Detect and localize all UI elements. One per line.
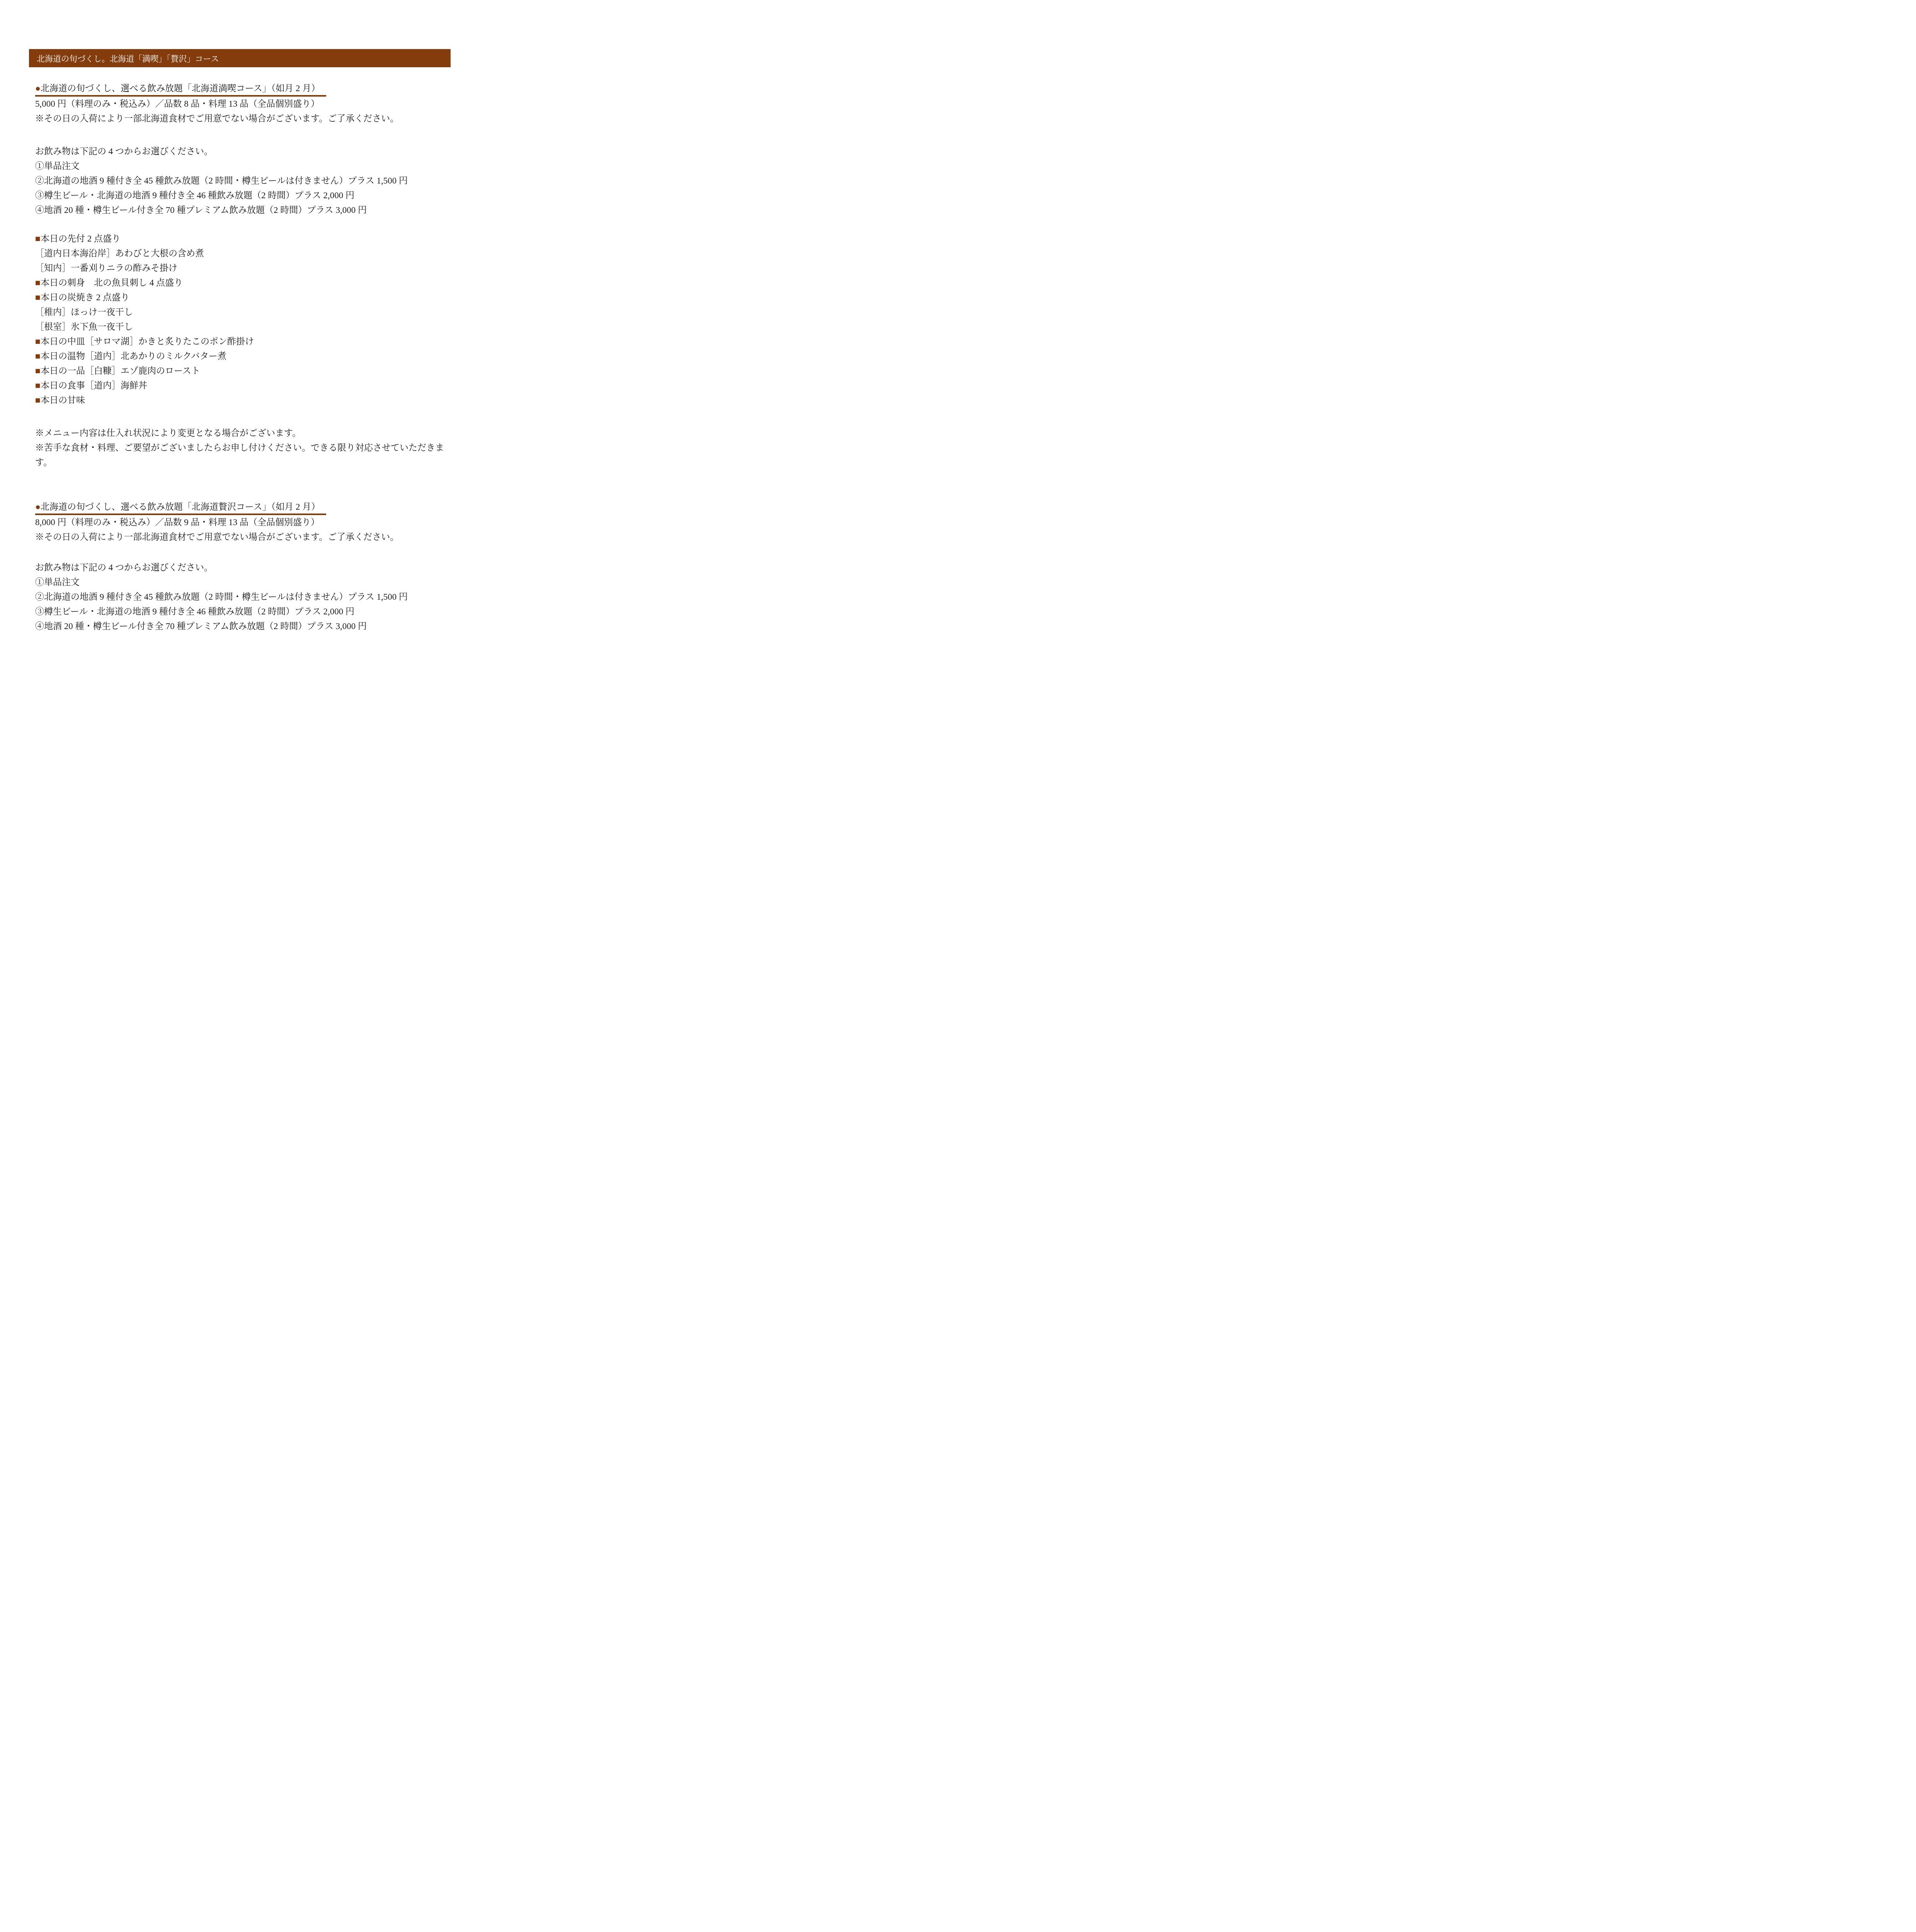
course2-drink-option-2: ②北海道の地酒 9 種付き全 45 種飲み放題（2 時間・樽生ビールは付きません… bbox=[35, 590, 453, 604]
menu-item: ■本日の甘味 bbox=[35, 393, 453, 408]
course2-stock-note: ※その日の入荷により一部北海道食材でご用意でない場合がございます。ご了承ください… bbox=[35, 530, 453, 544]
course2-heading-row: ●北海道の旬づくし、選べる飲み放題「北海道贅沢コース」（如月 2 月） bbox=[35, 501, 453, 515]
course2-heading-text: 北海道の旬づくし、選べる飲み放題「北海道贅沢コース」（如月 2 月） bbox=[41, 502, 320, 512]
menu-item: ■本日の中皿［サロマ湖］かきと炙りたこのポン酢掛け bbox=[35, 334, 453, 349]
menu-item-text: 本日の食事［道内］海鮮丼 bbox=[41, 381, 147, 390]
course1-menu-list: ■本日の先付 2 点盛り ［道内日本海沿岸］あわびと大根の含め煮 ［知内］一番刈… bbox=[35, 231, 453, 408]
course2-heading: ●北海道の旬づくし、選べる飲み放題「北海道贅沢コース」（如月 2 月） bbox=[35, 501, 326, 515]
menu-item: ［道内日本海沿岸］あわびと大根の含め煮 bbox=[35, 246, 453, 261]
course1-drink-option-1: ①単品注文 bbox=[35, 159, 453, 173]
menu-item-text: 本日の一品［白糠］エゾ鹿肉のロースト bbox=[41, 366, 200, 376]
course2-drink-option-4: ④地酒 20 種・樽生ビール付き全 70 種プレミアム飲み放題（2 時間）プラス… bbox=[35, 619, 453, 634]
menu-item: ［稚内］ほっけ一夜干し bbox=[35, 305, 453, 320]
square-bullet-icon: ■ bbox=[35, 278, 41, 287]
circle-bullet-icon: ● bbox=[35, 83, 41, 93]
menu-item: ■本日の炭焼き 2 点盛り bbox=[35, 290, 453, 305]
menu-item: ■本日の一品［白糠］エゾ鹿肉のロースト bbox=[35, 364, 453, 378]
menu-item-text: 本日の先付 2 点盛り bbox=[41, 234, 121, 243]
menu-item-text: ［稚内］ほっけ一夜干し bbox=[35, 307, 133, 317]
document-content: ●北海道の旬づくし、選べる飲み放題「北海道満喫コース」（如月 2 月） 5,00… bbox=[35, 83, 453, 634]
course1-price-line: 5,000 円（料理のみ・税込み）／品数 8 品・料理 13 品（全品個別盛り） bbox=[35, 97, 453, 111]
menu-item-text: 本日の刺身 北の魚貝刺し 4 点盛り bbox=[41, 278, 183, 287]
menu-item-text: 本日の炭焼き 2 点盛り bbox=[41, 293, 129, 302]
square-bullet-icon: ■ bbox=[35, 366, 41, 376]
square-bullet-icon: ■ bbox=[35, 351, 41, 361]
menu-notes-block: ※メニュー内容は仕入れ状況により変更となる場合がございます。 ※苦手な食材・料理… bbox=[35, 426, 453, 470]
course1-heading-row: ●北海道の旬づくし、選べる飲み放題「北海道満喫コース」（如月 2 月） bbox=[35, 83, 453, 97]
course2-price-line: 8,000 円（料理のみ・税込み）／品数 9 品・料理 13 品（全品個別盛り） bbox=[35, 515, 453, 530]
course1-heading-text: 北海道の旬づくし、選べる飲み放題「北海道満喫コース」（如月 2 月） bbox=[41, 83, 320, 93]
square-bullet-icon: ■ bbox=[35, 337, 41, 346]
course1-drinks-block: お飲み物は下記の 4 つからお選びください。 ①単品注文 ②北海道の地酒 9 種… bbox=[35, 144, 453, 218]
course1-drinks-intro: お飲み物は下記の 4 つからお選びください。 bbox=[35, 144, 453, 159]
menu-item: ［知内］一番刈りニラの酢みそ掛け bbox=[35, 261, 453, 276]
page-title: 北海道の旬づくし。北海道「満喫」「贅沢」コース bbox=[37, 53, 219, 64]
menu-item-text: 本日の温物［道内］北あかりのミルクバター煮 bbox=[41, 351, 226, 361]
menu-document-page: 北海道の旬づくし。北海道「満喫」「贅沢」コース ●北海道の旬づくし、選べる飲み放… bbox=[0, 0, 479, 678]
square-bullet-icon: ■ bbox=[35, 234, 41, 243]
menu-item: ■本日の先付 2 点盛り bbox=[35, 231, 453, 246]
note-line-1: ※メニュー内容は仕入れ状況により変更となる場合がございます。 bbox=[35, 426, 453, 440]
circle-bullet-icon: ● bbox=[35, 502, 41, 512]
note-line-2: ※苦手な食材・料理、ご要望がございましたらお申し付けください。できる限り対応させ… bbox=[35, 440, 453, 455]
square-bullet-icon: ■ bbox=[35, 293, 41, 302]
menu-item-text: 本日の中皿［サロマ湖］かきと炙りたこのポン酢掛け bbox=[41, 337, 254, 346]
square-bullet-icon: ■ bbox=[35, 381, 41, 390]
header-bar: 北海道の旬づくし。北海道「満喫」「贅沢」コース bbox=[29, 49, 451, 67]
menu-item-text: ［根室］氷下魚一夜干し bbox=[35, 322, 133, 332]
menu-item-text: ［知内］一番刈りニラの酢みそ掛け bbox=[35, 263, 177, 273]
course2-drink-option-1: ①単品注文 bbox=[35, 575, 453, 590]
course2-drinks-intro: お飲み物は下記の 4 つからお選びください。 bbox=[35, 560, 453, 575]
menu-item: ■本日の食事［道内］海鮮丼 bbox=[35, 378, 453, 393]
menu-item: ■本日の温物［道内］北あかりのミルクバター煮 bbox=[35, 349, 453, 364]
course1-drink-option-2: ②北海道の地酒 9 種付き全 45 種飲み放題（2 時間・樽生ビールは付きません… bbox=[35, 173, 453, 188]
menu-item: ［根室］氷下魚一夜干し bbox=[35, 320, 453, 334]
note-line-3: す。 bbox=[35, 455, 453, 470]
menu-item-text: 本日の甘味 bbox=[41, 395, 85, 405]
menu-item: ■本日の刺身 北の魚貝刺し 4 点盛り bbox=[35, 276, 453, 290]
course2-drink-option-3: ③樽生ビール・北海道の地酒 9 種付き全 46 種飲み放題（2 時間）プラス 2… bbox=[35, 604, 453, 619]
course1-drink-option-4: ④地酒 20 種・樽生ビール付き全 70 種プレミアム飲み放題（2 時間）プラス… bbox=[35, 203, 453, 218]
course1-stock-note: ※その日の入荷により一部北海道食材でご用意でない場合がございます。ご了承ください… bbox=[35, 111, 453, 126]
menu-item-text: ［道内日本海沿岸］あわびと大根の含め煮 bbox=[35, 248, 204, 258]
course1-drink-option-3: ③樽生ビール・北海道の地酒 9 種付き全 46 種飲み放題（2 時間）プラス 2… bbox=[35, 188, 453, 203]
square-bullet-icon: ■ bbox=[35, 395, 41, 405]
course2-drinks-block: お飲み物は下記の 4 つからお選びください。 ①単品注文 ②北海道の地酒 9 種… bbox=[35, 560, 453, 634]
course1-heading: ●北海道の旬づくし、選べる飲み放題「北海道満喫コース」（如月 2 月） bbox=[35, 83, 326, 97]
